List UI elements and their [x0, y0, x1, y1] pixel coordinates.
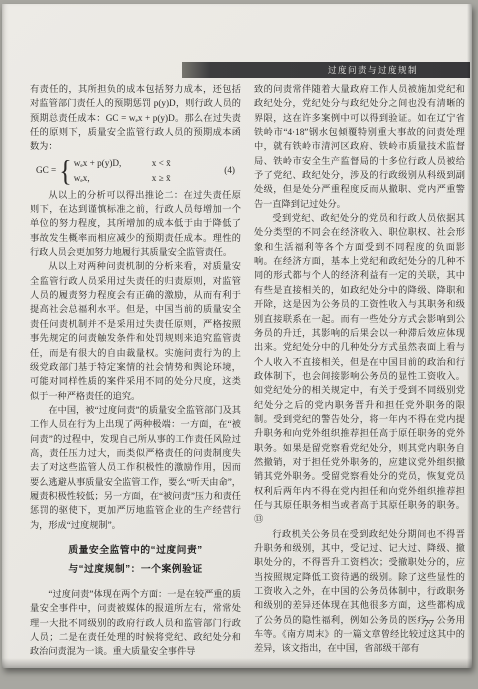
- section-heading-line1: 质量安全监管中的“过度问责”: [68, 545, 202, 556]
- running-header-text: 过度问责与过度规制: [328, 64, 418, 76]
- text-columns: 有责任的，其所担负的成本包括努力成本，还包括对监管部门责任人的预期惩罚 p(y)…: [30, 82, 466, 659]
- left-column: 有责任的，其所担负的成本包括努力成本，还包括对监管部门责任人的预期惩罚 p(y)…: [30, 82, 241, 659]
- equation-case1-expr: wₑx + p(y)D,: [74, 157, 150, 170]
- paragraph-civil-servant: 行政机关公务员在受到政纪处分期间也不得晋升职务和级别，其中，受记过、记大过、降级…: [254, 527, 465, 656]
- paragraph-continuation: 致的问责常伴随着大量政府工作人员被施加党纪和政纪处分，党纪处分与政纪处分之间也没…: [254, 82, 465, 211]
- book-page: 过度问责与过度规制 有责任的，其所担负的成本包括努力成本，还包括对监管部门责任人…: [2, 4, 472, 668]
- scan-right-edge-shadow: [467, 4, 472, 668]
- right-column: 致的问责常伴随着大量政府工作人员被施加党纪和政纪处分，党纪处分与政纪处分之间也没…: [254, 82, 465, 659]
- equation-case1-cond: x < x̄: [152, 157, 171, 170]
- paragraph-corollary: 从以上的分析可以得出推论二：在过失责任原则下，在达到谨慎标准之前，行政人员每增加…: [30, 188, 241, 260]
- equation-case2-expr: wₑx,: [74, 172, 150, 185]
- paragraph-case: “过度问责”体现在两个方面：一是在较严重的质量安全事件中，问责被媒体的报道所左右…: [30, 587, 241, 659]
- running-header-band: 过度问责与过度规制: [182, 62, 470, 78]
- paragraph-analysis: 从以上对两种问责机制的分析来看，对质量安全监管行政人员采用过失责任的归责原则，对…: [30, 259, 241, 402]
- paragraph-punishment-effects: 受到党纪、政纪处分的党员和行政人员依据其处分类型的不同会在经济收入、职位职权、社…: [254, 211, 465, 527]
- section-heading-line2: 与“过度规制”：一个案例验证: [68, 564, 202, 575]
- scan-bottom-shadow: [2, 658, 472, 668]
- equation-number: (4): [224, 164, 235, 177]
- equation-cases: wₑx + p(y)D, x < x̄ wₑx, x ≥ x̄: [74, 157, 171, 185]
- section-heading: 质量安全监管中的“过度问责” 与“过度规制”：一个案例验证: [30, 541, 241, 579]
- brace-glyph: {: [59, 163, 71, 178]
- paragraph-extremes: 在中国，被“过度问责”的质量安全监管部门及其工作人员在行为上出现了两种极端：一方…: [30, 403, 241, 532]
- page-number: 77: [424, 619, 435, 630]
- equation-4: GC = { wₑx + p(y)D, x < x̄ wₑx, x ≥ x̄ (…: [36, 157, 241, 185]
- paragraph-intro: 有责任的，其所担负的成本包括努力成本，还包括对监管部门责任人的预期惩罚 p(y)…: [30, 82, 241, 154]
- equation-lhs: GC =: [36, 164, 56, 177]
- equation-case2-cond: x ≥ x̄: [152, 172, 171, 185]
